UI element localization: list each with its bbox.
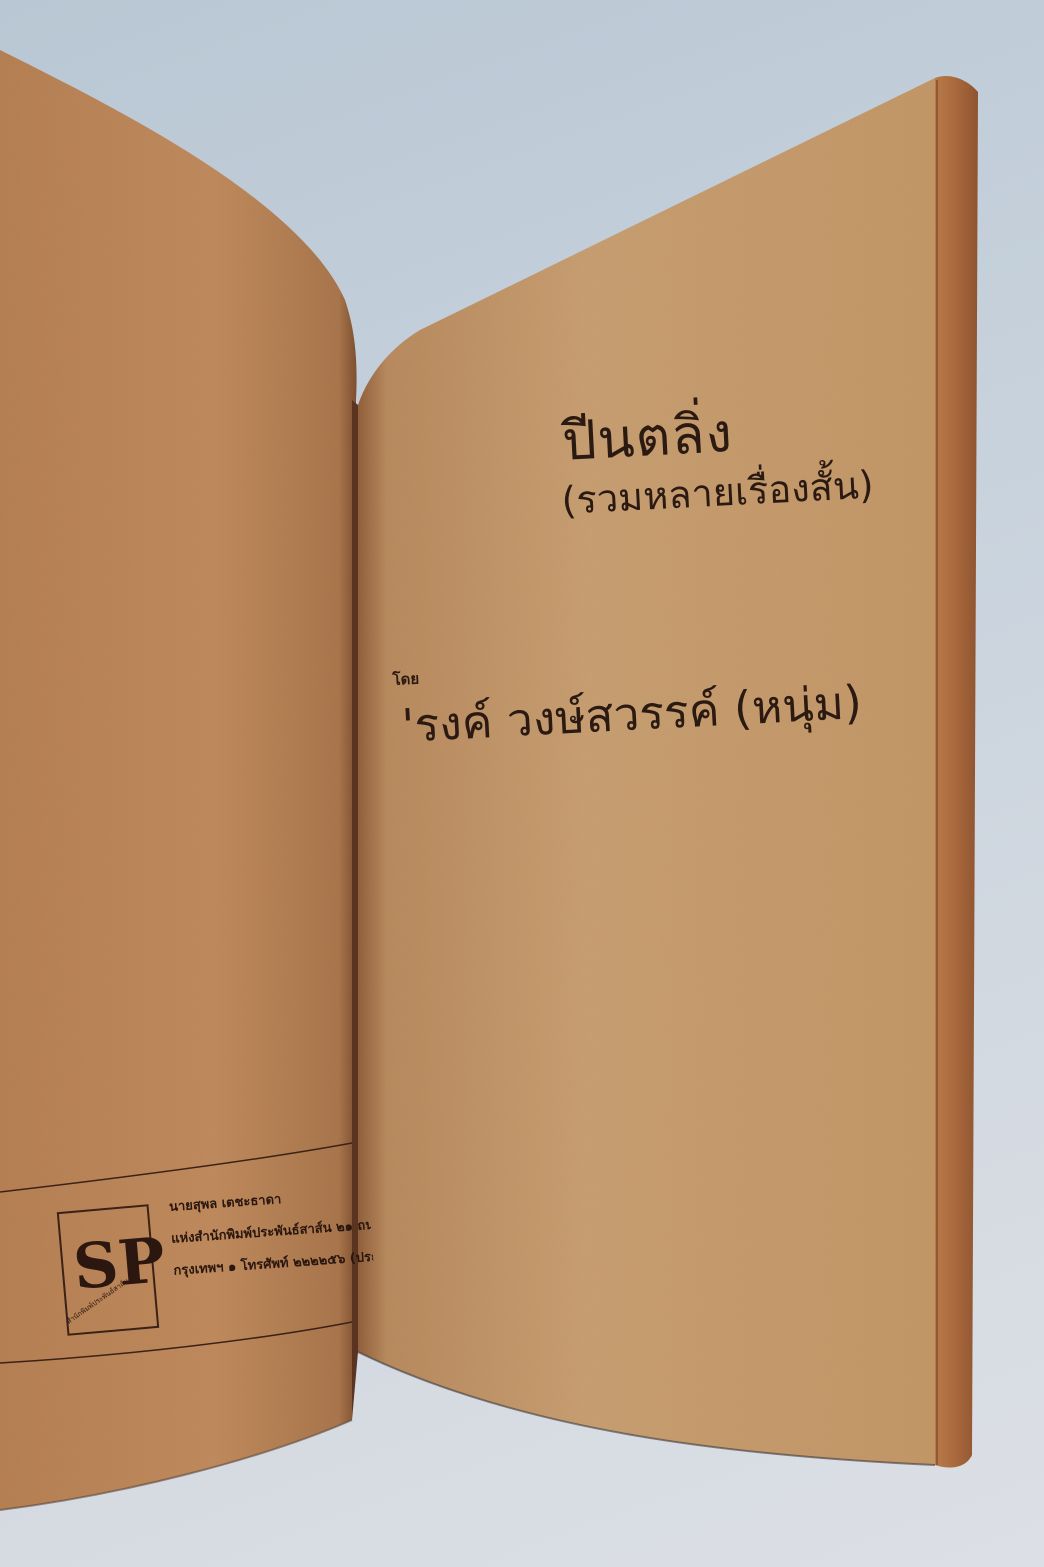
publisher-logo: SP สำนักพิมพ์ประพันธ์สาส์น <box>57 1204 159 1336</box>
publisher-imprint: นายสุพล เตชะธาดา แห่งสำนักพิมพ์ประพันธ์ส… <box>168 1178 374 1288</box>
page-block-edge <box>935 76 978 1468</box>
open-book-illustration <box>0 0 1044 1567</box>
photo-scene: ปีนตลิ่ง (รวมหลายเรื่องสั้น) โดย 'รงค์ ว… <box>0 0 1044 1567</box>
